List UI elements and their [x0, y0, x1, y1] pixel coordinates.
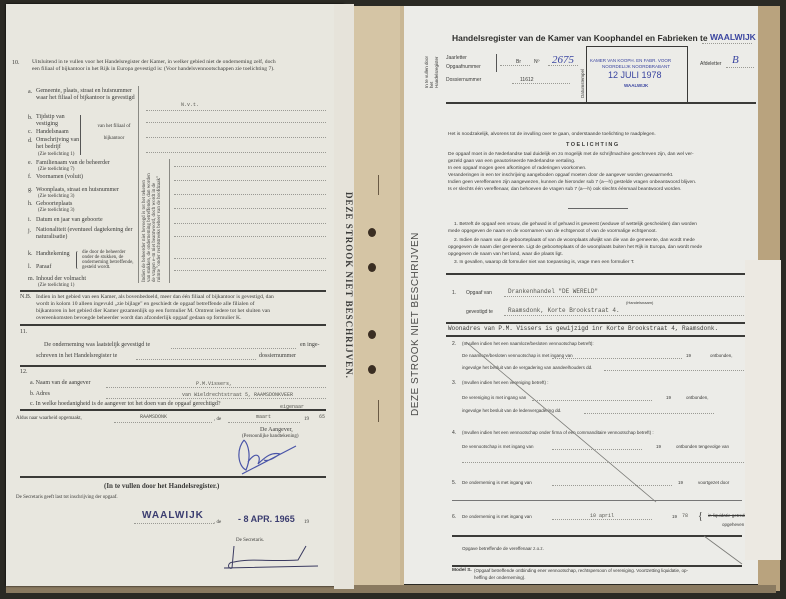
stamp-de: , de	[214, 520, 221, 525]
divider	[20, 476, 326, 478]
item-f-key: f.	[28, 174, 32, 180]
signature-de: , de	[214, 417, 221, 422]
bracket-kl-text: die door de beheerder onder de stukken, …	[82, 250, 136, 270]
stamp-place: WAALWIJK	[142, 510, 204, 521]
item-c-label: Handelsnaam	[36, 129, 69, 135]
line-12a	[106, 387, 326, 388]
line-l	[174, 270, 326, 271]
line-e	[174, 166, 326, 167]
folder-bottom-edge	[6, 585, 776, 593]
column-divider	[138, 86, 139, 283]
aangever-title: De Aangever,	[260, 427, 293, 433]
item-e-key: e.	[28, 160, 32, 166]
section11-line1-field[interactable]	[171, 348, 296, 349]
bracket-bcd	[80, 115, 83, 155]
diagonal-strike	[404, 6, 758, 584]
signature-line-label: Aldus naar waarheid opgemaakt,	[16, 416, 82, 421]
staple	[378, 400, 379, 422]
item-c-key: c.	[28, 129, 32, 135]
section11-line2-field[interactable]	[136, 359, 256, 360]
item-b-key: b.	[28, 115, 33, 121]
nb-line-2: wordt in kolom 10 alleen ingevuld „zie b…	[36, 301, 255, 307]
secretaris-signature	[220, 544, 320, 572]
item-f-label: Voornamen (voluit)	[36, 174, 83, 180]
item-b-label: Tijdstip van vestiging	[36, 114, 78, 128]
section11-line1-label: De onderneming was laatstelijk gevestigd…	[44, 342, 150, 348]
section10-number: 10.	[12, 60, 20, 66]
item-l-key: l.	[28, 264, 31, 270]
spine-warning-left: DEZE STROOK NIET BESCHRIJVEN.	[344, 192, 354, 379]
divider	[20, 324, 326, 326]
secretaris-text: De Secretaris geeft last tot inschrijvin…	[16, 495, 118, 500]
nb-line-3: bijkantoren in het gebied dier Kamer gez…	[36, 308, 270, 314]
signature-year[interactable]: 65	[319, 414, 325, 420]
line-h	[174, 208, 326, 209]
line-c	[146, 137, 326, 138]
punch-hole	[368, 263, 376, 272]
item-k-label: Handtekening	[36, 251, 70, 257]
line-j	[174, 236, 326, 237]
inserted-slip	[745, 260, 781, 560]
line-i	[174, 223, 326, 224]
section10-text-2: een filiaal of bijkantoor in het Rijk in…	[32, 66, 275, 72]
item-a-key: a.	[28, 89, 32, 95]
signature-place[interactable]: RAAMSDONK	[140, 414, 167, 420]
line-f	[174, 180, 326, 181]
section12-c-label: c. In welke hoedanigheid is de aangever …	[30, 401, 221, 407]
item-g-label: Woonplaats, straat en huisnummer	[36, 187, 119, 193]
item-a-value: N.v.t.	[181, 102, 199, 108]
divider	[20, 409, 326, 411]
divider	[20, 365, 326, 367]
item-j-label: Nationaliteit (eventueel dagtekening der…	[36, 227, 136, 241]
section11-line2-suffix: dossiernummer	[259, 353, 296, 359]
stamp-date: - 8 APR. 1965	[238, 514, 295, 524]
item-e-note: (Zie toelichting 7)	[38, 167, 74, 172]
section11-line1-suffix: en inge-	[300, 342, 320, 348]
line-g	[174, 194, 326, 195]
stamp-year-prefix: 19	[304, 520, 309, 525]
item-a-label: Gemeente, plaats, straat en huisnummer w…	[36, 88, 136, 102]
signature-month[interactable]: maart	[256, 414, 271, 420]
item-h-note: (Zie toelichting 3)	[38, 208, 74, 213]
line-stamp-place	[134, 523, 214, 524]
right-page: DEZE STROOK NIET BESCHRIJVEN Handelsregi…	[404, 6, 758, 584]
punch-hole	[368, 228, 376, 237]
item-i-label: Datum en jaar van geboorte	[36, 217, 103, 223]
item-g-note: (Zie toelichting 3)	[38, 194, 74, 199]
line-k	[174, 258, 326, 259]
punch-hole	[368, 365, 376, 374]
item-d-note: (Zie toelichting 1)	[38, 152, 74, 157]
left-page: 10. Uitsluitend in te vullen voor het Ha…	[6, 4, 344, 586]
nb-line-4: overeenkomsten bevoegde beheerder wordt …	[36, 315, 242, 321]
signature-year-prefix: 19	[304, 417, 309, 422]
secretaris-title: De Secretaris.	[236, 538, 264, 543]
section10-text-1: Uitsluitend in te vullen voor het Handel…	[32, 59, 276, 65]
section11-number: 11.	[20, 329, 27, 335]
line-place	[114, 422, 212, 423]
line-d	[146, 152, 326, 153]
item-j-key: j.	[28, 228, 31, 234]
item-d-key: d.	[28, 138, 33, 144]
item-i-key: i.	[28, 217, 31, 223]
divider	[20, 290, 326, 292]
nb-label: N.B.	[20, 294, 31, 300]
section11-line2-label: schreven in het Handelsregister te	[36, 353, 117, 359]
register-heading: (In te vullen door het Handelsregister.)	[104, 482, 219, 490]
folder-spine-inner	[354, 6, 400, 591]
line-b	[146, 122, 326, 123]
section12-a-label: a. Naam van de aangever	[30, 380, 90, 386]
line-month	[228, 422, 300, 423]
line-a	[146, 110, 326, 111]
line-12b	[106, 398, 326, 399]
item-g-key: g.	[28, 187, 33, 193]
item-k-key: k.	[28, 251, 33, 257]
item-h-label: Geboorteplaats	[36, 201, 72, 207]
staple	[378, 175, 379, 195]
item-l-label: Paraaf	[36, 264, 51, 270]
punch-hole	[368, 330, 376, 339]
side-note-divider	[169, 159, 170, 283]
item-e-label: Familienaam van de beheerder	[36, 160, 110, 166]
item-m-key: m.	[28, 276, 34, 282]
bracket-bcd-text: van het filiaal of bijkantoor	[94, 121, 134, 145]
side-note-vertical: Indien de beheerder niet bevoegd is tot …	[142, 172, 162, 282]
item-h-key: h.	[28, 201, 33, 207]
aangever-signature	[234, 436, 298, 478]
section12-b-label: b. Adres	[30, 391, 50, 397]
item-m-note: (Zie toelichting 1)	[38, 283, 74, 288]
item-m-label: Inhoud der volmacht	[36, 276, 86, 282]
section12-number: 12.	[20, 369, 28, 375]
item-d-label: Omschrijving van het bedrijf	[36, 137, 80, 151]
nb-line-1: Indien in het gebied van een Kamer, als …	[36, 294, 274, 300]
bracket-kl	[76, 251, 80, 269]
